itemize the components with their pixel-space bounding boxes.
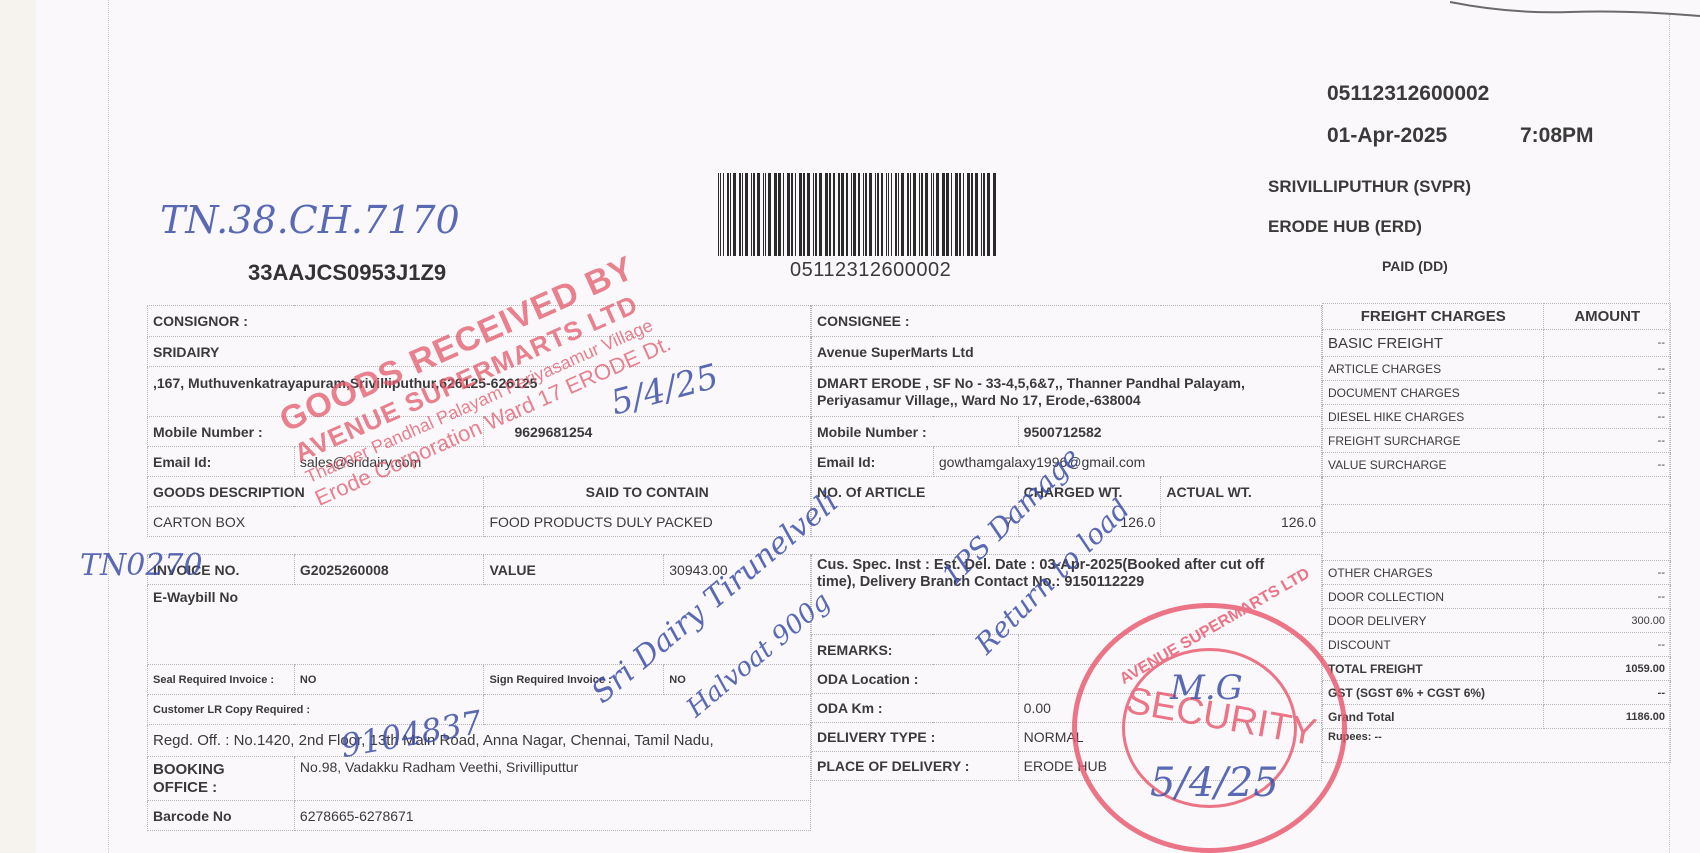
charge-amount: -- [1544,681,1671,705]
consignor-email: sales@sridairy.com [294,447,810,477]
charge-row: DOOR DELIVERY300.00 [1323,609,1671,633]
charge-row: GST (SGST 6% + CGST 6%)-- [1323,681,1671,705]
charge-row: VALUE SURCHARGE-- [1323,453,1671,477]
consignee-mobile-label: Mobile Number : [812,417,1019,447]
charge-row: BASIC FREIGHT-- [1323,330,1671,357]
barcode-range: 6278665-6278671 [294,801,810,831]
charge-label: GST (SGST 6% + CGST 6%) [1323,681,1544,705]
lr-copy-required-label: Customer LR Copy Required : [148,695,484,725]
gstin: 33AAJCS0953J1Z9 [248,260,446,286]
charge-row: DISCOUNT-- [1323,633,1671,657]
ewaybill-label: E-Waybill No [148,585,811,665]
amount-heading: AMOUNT [1544,304,1671,330]
charge-label: TOTAL FREIGHT [1323,657,1544,681]
freight-charges-heading: FREIGHT CHARGES [1323,304,1544,330]
consignee-name: Avenue SuperMarts Ltd [812,337,1322,367]
charge-label: DIESEL HIKE CHARGES [1323,405,1544,429]
charge-row: ARTICLE CHARGES-- [1323,357,1671,381]
charge-amount: -- [1544,453,1671,477]
charge-row: OTHER CHARGES-- [1323,561,1671,585]
charged-weight: 126.0 [1018,507,1161,537]
registered-office: Regd. Off. : No.1420, 2nd Floor, 13th Ma… [148,725,811,757]
consignor-address: ,167, Muthuvenkatrayapuram,Srivilliputhu… [148,367,811,417]
invoice-no-label: INVOICE NO. [148,555,295,585]
handwritten-vehicle-number: TN.38.CH.7170 [160,198,460,242]
destination-branch: ERODE HUB (ERD) [1268,217,1422,237]
lorry-receipt-document: 05112312600002 01-Apr-2025 7:08PM SRIVIL… [0,0,1700,853]
place-of-delivery: ERODE HUB [1018,752,1321,781]
charge-row: Grand Total1186.00 [1323,705,1671,729]
charge-amount: -- [1544,381,1671,405]
delivery-type: NORMAL [1018,723,1321,752]
actual-weight-label: ACTUAL WT. [1161,477,1322,507]
torn-edge [1450,0,1700,18]
consignee-address-line2: Periyasamur Village,, Ward No 17, Erode,… [817,392,1141,408]
invoice-value-label: VALUE [484,555,664,585]
barcode-image [718,173,1046,256]
special-instructions-line1: Cus. Spec. Inst : Est. Del. Date : 03-Ap… [817,557,1264,573]
charge-row: FREIGHT SURCHARGE-- [1323,429,1671,453]
oda-km-label: ODA Km : [812,694,1019,723]
barcode-number: 05112312600002 [790,259,951,282]
charge-row: DOCUMENT CHARGES-- [1323,381,1671,405]
perforation-line [108,0,109,853]
charge-row: TOTAL FREIGHT1059.00 [1323,657,1671,681]
consignor-mobile: 9629681254 [484,417,811,447]
consignee-email: gowthamgalaxy1996@gmail.com [933,447,1321,477]
consignor-mobile-label: Mobile Number : [148,417,484,447]
payment-mode: PAID (DD) [1382,258,1448,274]
special-instructions-line2: time), Delivery Branch Contact No.: 9150… [817,574,1144,590]
place-of-delivery-label: PLACE OF DELIVERY : [812,752,1019,781]
goods-description: CARTON BOX [148,507,484,537]
charge-label: VALUE SURCHARGE [1323,453,1544,477]
oda-location-label: ODA Location : [812,665,1019,694]
said-to-contain-label: SAID TO CONTAIN [484,477,811,507]
articles-label: NO. Of ARTICLE [812,477,1019,507]
charge-label: Grand Total [1323,705,1544,729]
consignor-email-label: Email Id: [148,447,295,477]
charge-label: DISCOUNT [1323,633,1544,657]
charge-amount: -- [1544,561,1671,585]
charge-amount: -- [1544,357,1671,381]
booking-date: 01-Apr-2025 [1327,124,1447,148]
invoice-no: G2025260008 [294,555,484,585]
seal-required-value: NO [294,665,484,695]
barcode-no-label: Barcode No [148,801,295,831]
charge-amount: 1186.00 [1544,705,1671,729]
consignee-address-line1: DMART ERODE , SF No - 33-4,5,6&7,, Thann… [817,375,1245,391]
charge-label: DOOR DELIVERY [1323,609,1544,633]
booking-office-label: BOOKING [153,761,225,778]
charged-weight-label: CHARGED WT. [1018,477,1161,507]
oda-km: 0.00 [1018,694,1321,723]
said-to-contain: FOOD PRODUCTS DULY PACKED [484,507,811,537]
origin-branch: SRIVILLIPUTHUR (SVPR) [1268,177,1471,197]
consignor-name: SRIDAIRY [148,337,811,367]
charge-row: DIESEL HIKE CHARGES-- [1323,405,1671,429]
consignee-heading: CONSIGNEE : [812,306,1322,337]
charge-label: FREIGHT SURCHARGE [1323,429,1544,453]
freight-charges-table: FREIGHT CHARGESAMOUNT BASIC FREIGHT--ART… [1322,303,1671,763]
charge-label: ARTICLE CHARGES [1323,357,1544,381]
goods-description-label: GOODS DESCRIPTION [148,477,484,507]
articles-count: 7 [812,507,1019,537]
charge-label: DOOR COLLECTION [1323,585,1544,609]
charge-amount: 1059.00 [1544,657,1671,681]
sign-required-value: NO [664,665,811,695]
seal-required-label: Seal Required Invoice : [148,665,295,695]
booking-office-address: No.98, Vadakku Radham Veethi, Srivillipu… [294,757,810,801]
charge-amount: 300.00 [1544,609,1671,633]
invoice-value: 30943.00 [664,555,811,585]
rupees-in-words: Rupees: -- [1323,729,1671,763]
consignee-table: CONSIGNEE : Avenue SuperMarts Ltd DMART … [811,305,1322,781]
sign-required-label: Sign Required Invoice : [484,665,664,695]
charge-amount: -- [1544,405,1671,429]
charge-row: DOOR COLLECTION-- [1323,585,1671,609]
lr-number: 05112312600002 [1327,82,1489,106]
consignor-table: CONSIGNOR : SRIDAIRY ,167, Muthuvenkatra… [147,305,811,831]
charge-label: BASIC FREIGHT [1323,330,1544,357]
charge-amount: -- [1544,585,1671,609]
charge-label: OTHER CHARGES [1323,561,1544,585]
charge-label: DOCUMENT CHARGES [1323,381,1544,405]
booking-time: 7:08PM [1520,124,1594,148]
delivery-type-label: DELIVERY TYPE : [812,723,1019,752]
actual-weight: 126.0 [1161,507,1322,537]
consignee-email-label: Email Id: [812,447,934,477]
consignor-heading: CONSIGNOR : [148,306,811,337]
remarks-label: REMARKS: [812,635,1019,665]
consignee-mobile: 9500712582 [1018,417,1321,447]
charge-amount: -- [1544,429,1671,453]
charge-amount: -- [1544,633,1671,657]
charge-amount: -- [1544,330,1671,357]
